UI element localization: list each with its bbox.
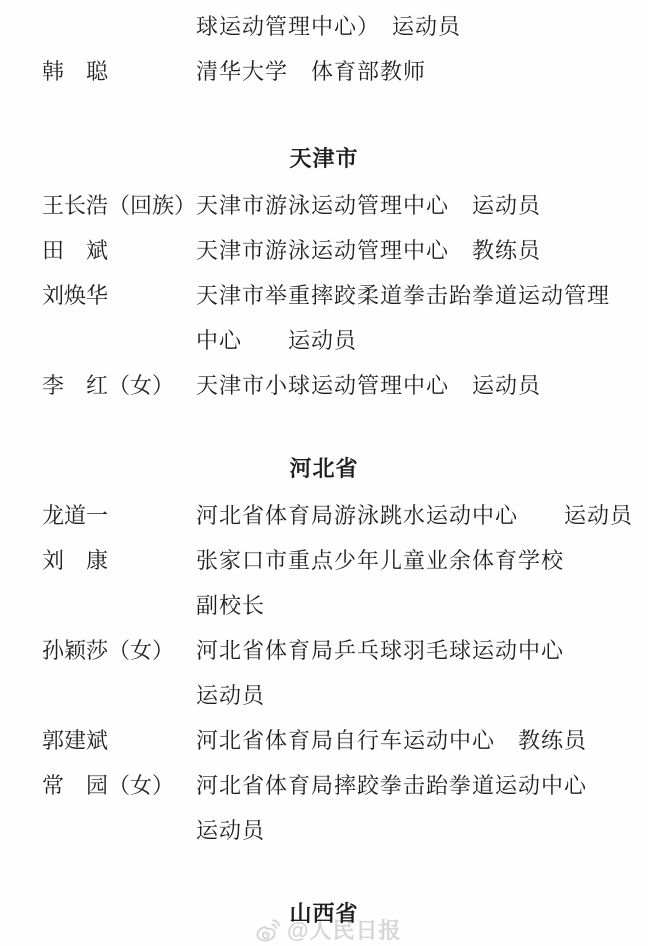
section-heading-hebei: 河北省 xyxy=(0,444,648,493)
entry-continuation-row: 球运动管理中心） 运动员 xyxy=(0,4,648,49)
entry-org-text: 河北省体育局自行车运动中心 教练员 xyxy=(196,718,587,763)
entry-person-name: 李 红（女） xyxy=(42,363,174,408)
entry-org-text: 河北省体育局乒乓球羽毛球运动中心 xyxy=(196,628,564,673)
entry-org-text: 天津市举重摔跤柔道拳击跆拳道运动管理 xyxy=(196,273,610,318)
entry-continuation-row: 运动员 xyxy=(0,808,648,853)
entry-person-name: 郭建斌 xyxy=(42,718,108,763)
entry-person-name: 孙颖莎（女） xyxy=(42,628,174,673)
entry-row: 韩 聪 清华大学 体育部教师 xyxy=(0,49,648,94)
entry-person-name: 田 斌 xyxy=(42,228,108,273)
entry-org-text: 河北省体育局游泳跳水运动中心 运动员 xyxy=(196,493,633,538)
entry-row: 郭建斌 河北省体育局自行车运动中心 教练员 xyxy=(0,718,648,763)
entry-row: 常 园（女） 河北省体育局摔跤拳击跆拳道运动中心 xyxy=(0,763,648,808)
entry-person-name: 刘焕华 xyxy=(42,273,108,318)
entry-row: 孙颖莎（女） 河北省体育局乒乓球羽毛球运动中心 xyxy=(0,628,648,673)
entry-continuation-row: 副校长 xyxy=(0,583,648,628)
entry-person-name: 龙道一 xyxy=(42,493,108,538)
entry-org-text: 河北省体育局摔跤拳击跆拳道运动中心 xyxy=(196,763,587,808)
document-page: 球运动管理中心） 运动员 韩 聪 清华大学 体育部教师 天津市 王长浩（回族） … xyxy=(0,0,648,946)
entry-org-text: 天津市游泳运动管理中心 运动员 xyxy=(196,183,541,228)
entry-org-text: 运动员 xyxy=(196,673,265,718)
entry-org-text: 天津市小球运动管理中心 运动员 xyxy=(196,363,541,408)
entry-row: 刘焕华 天津市举重摔跤柔道拳击跆拳道运动管理 xyxy=(0,273,648,318)
entry-person-name: 韩 聪 xyxy=(42,49,108,94)
entry-org-text: 球运动管理中心） 运动员 xyxy=(196,4,461,49)
entry-org-text: 清华大学 体育部教师 xyxy=(196,49,426,94)
entry-org-text: 副校长 xyxy=(196,583,265,628)
entry-continuation-row: 运动员 xyxy=(0,673,648,718)
entry-row: 刘 康 张家口市重点少年儿童业余体育学校 xyxy=(0,538,648,583)
section-heading-tianjin: 天津市 xyxy=(0,134,648,183)
entry-row: 王长浩（回族） 天津市游泳运动管理中心 运动员 xyxy=(0,183,648,228)
entry-org-text: 中心 运动员 xyxy=(196,318,357,363)
entry-person-name: 王长浩（回族） xyxy=(42,183,196,228)
entry-row: 田 斌 天津市游泳运动管理中心 教练员 xyxy=(0,228,648,273)
entry-org-text: 张家口市重点少年儿童业余体育学校 xyxy=(196,538,564,583)
entry-continuation-row: 中心 运动员 xyxy=(0,318,648,363)
entry-person-name: 常 园（女） xyxy=(42,763,174,808)
entry-org-text: 天津市游泳运动管理中心 教练员 xyxy=(196,228,541,273)
entry-row: 李 红（女） 天津市小球运动管理中心 运动员 xyxy=(0,363,648,408)
entry-org-text: 运动员 xyxy=(196,808,265,853)
section-heading-shanxi: 山西省 xyxy=(0,889,648,938)
entry-row: 龙道一 河北省体育局游泳跳水运动中心 运动员 xyxy=(0,493,648,538)
entry-person-name: 刘 康 xyxy=(42,538,108,583)
